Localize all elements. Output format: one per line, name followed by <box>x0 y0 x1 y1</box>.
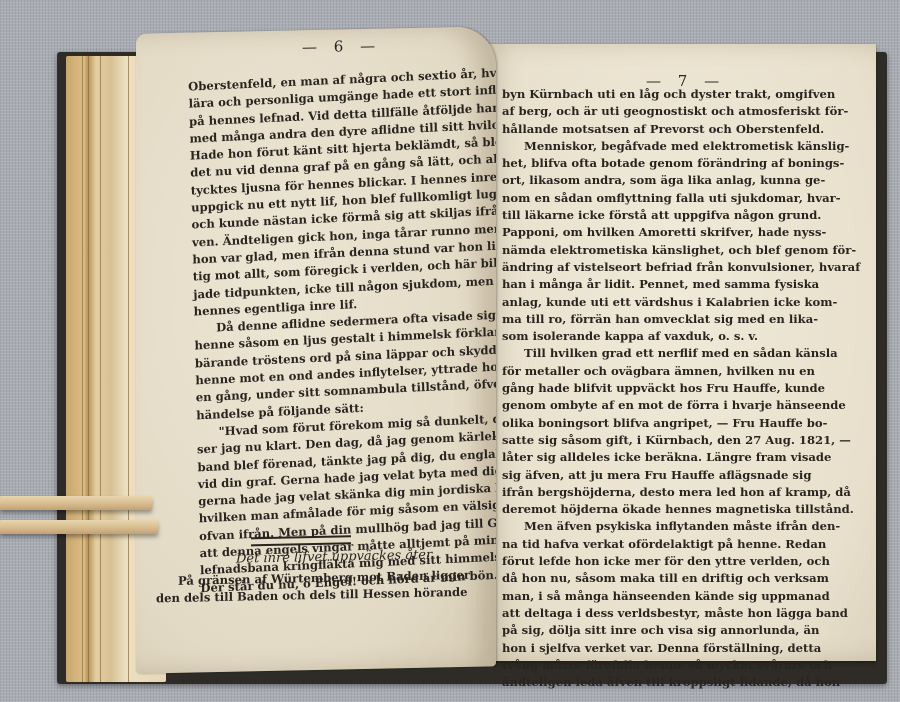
wooden-stick-lower <box>0 520 158 534</box>
page-left: — 6 — Oberstenfeld, en man af några och … <box>136 26 496 674</box>
text-line: för metaller och ovägbara ämnen, hvilken… <box>502 363 860 380</box>
text-line: ändring af vistelseort befriad från konv… <box>502 259 860 276</box>
text-line: ändteligen leda äfven till kroppsligt li… <box>502 674 860 691</box>
text-line: nämda elektrometiska känslighet, och ble… <box>502 242 860 259</box>
text-line: ort, likasom andra, som äga lika anlag, … <box>502 172 860 189</box>
text-line: deremot höjderna ökade hennes magnetiska… <box>502 501 860 518</box>
text-line: till läkarne icke förstå att uppgifva nå… <box>502 207 860 224</box>
text-line: Till hvilken grad ett nerflif med en såd… <box>502 345 860 362</box>
text-line: man, i så många hänseenden kände sig upp… <box>502 588 860 605</box>
text-line: byn Kürnbach uti en låg och dyster trakt… <box>502 86 860 103</box>
section-body: På gränsen af Würtemberg mot Baden ligge… <box>156 567 470 608</box>
text-line: na tid hafva verkat ofördelaktigt på hen… <box>502 536 860 553</box>
text-line: genom ombyte af en mot de förra i hvarje… <box>502 397 860 414</box>
text-line: het, blifva ofta botade genom förändring… <box>502 155 860 172</box>
text-line: då hon nu, såsom maka till en driftig oc… <box>502 570 860 587</box>
text-line: af berg, och är uti geognostiskt och atm… <box>502 103 860 120</box>
text-line: han i många år lidit. Pennet, med samma … <box>502 276 860 293</box>
text-line: Menniskor, begåfvade med elektrometisk k… <box>502 138 860 155</box>
text-line: hållande motsatsen af Prevorst och Obers… <box>502 121 860 138</box>
text-line: ma till ro, förrän han omvecklat sig med… <box>502 311 860 328</box>
text-line: tvång måste förefalla henne så mycket sv… <box>502 657 860 674</box>
text-line: satte sig såsom gift, i Kürnbach, den 27… <box>502 432 860 449</box>
page-number-left: — 6 — <box>302 37 381 57</box>
text-line: hon i sjelfva verket var. Denna förställ… <box>502 640 860 657</box>
page-right: — 7 — byn Kürnbach uti en låg och dyster… <box>478 44 876 661</box>
text-line: olika boningsort blifva angripet, — Fru … <box>502 415 860 432</box>
text-line: låter sig alldeles icke beräkna. Längre … <box>502 449 860 466</box>
text-line: att deltaga i dess verldsbestyr, måste h… <box>502 605 860 622</box>
text-line: som isolerande kappa af vaxduk, o. s. v. <box>502 328 860 345</box>
wooden-stick-upper <box>0 496 152 510</box>
right-page-body: byn Kürnbach uti en låg och dyster trakt… <box>502 86 860 691</box>
text-line: Papponi, om hvilken Amoretti skrifver, h… <box>502 224 860 241</box>
text-line: på sig, dölja sitt inre och visa sig ann… <box>502 622 860 639</box>
text-line: sig äfven, att ju mera Fru Hauffe aflägs… <box>502 467 860 484</box>
text-line: gång hade blifvit uppväckt hos Fru Hauff… <box>502 380 860 397</box>
text-line: nom en sådan omflyttning falla uti sjukd… <box>502 190 860 207</box>
left-page-body: Oberstenfeld, en man af några och sextio… <box>188 63 496 598</box>
text-line: Men äfven psykiska inflytanden måste ifr… <box>502 518 860 535</box>
text-line: anlag, kunde uti ett värdshus i Kalabrie… <box>502 294 860 311</box>
text-line: förut lefde hon icke mer för den yttre v… <box>502 553 860 570</box>
text-line: ifrån bergshöjderna, desto mera led hon … <box>502 484 860 501</box>
